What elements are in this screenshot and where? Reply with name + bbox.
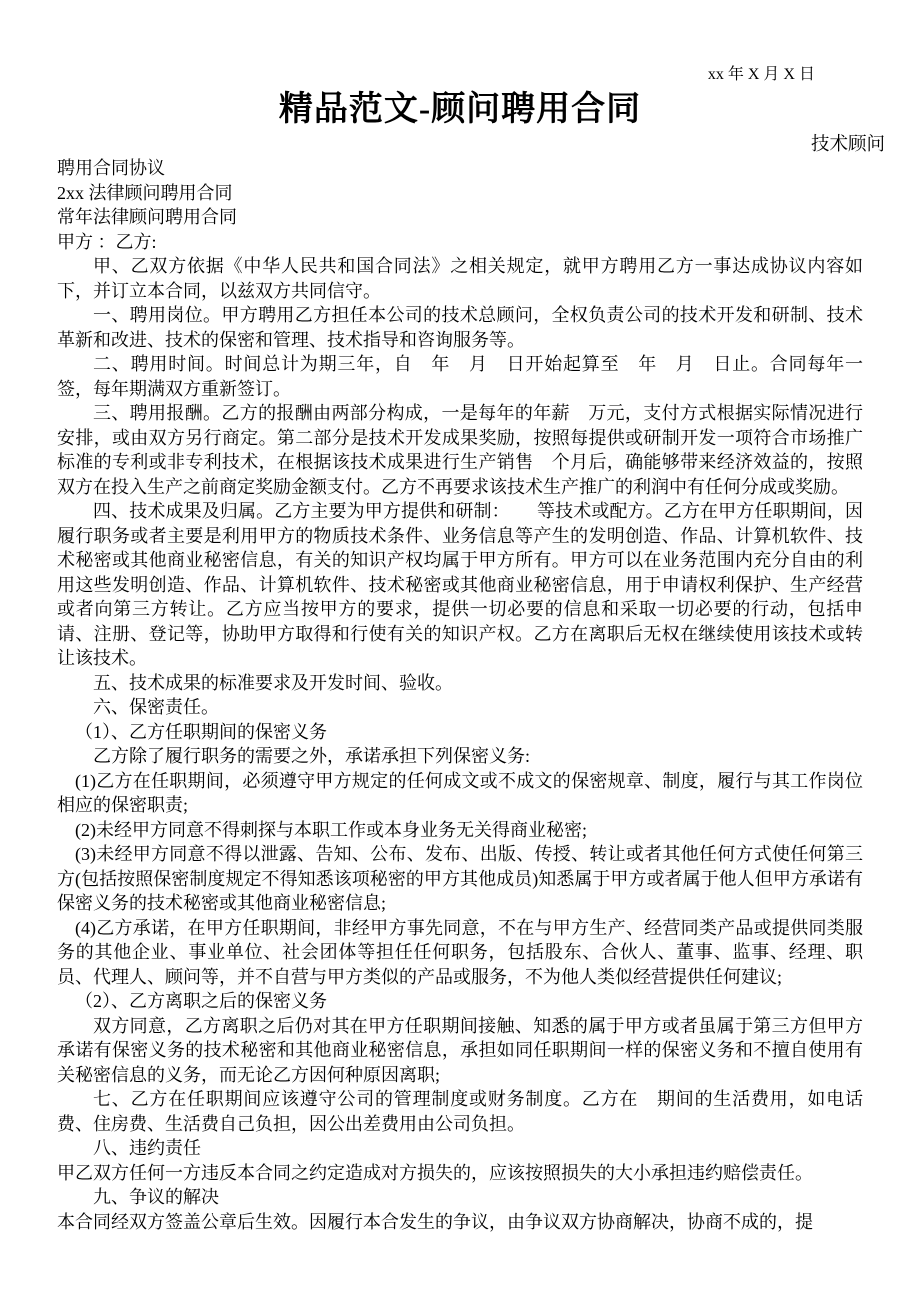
subtitle-right: 技术顾问 [0,134,920,156]
paragraph: 八、违约责任 [57,1136,863,1161]
page-title: 精品范文-顾问聘用合同 [0,88,920,132]
date-line: xx 年 X 月 X 日 [0,66,920,84]
contract-body: 聘用合同协议2xx 法律顾问聘用合同常年法律顾问聘用合同甲方 ：乙方:甲、乙双方… [0,156,920,1234]
paragraph: 三、聘用报酬。乙方的报酬由两部分构成，一是每年的年薪 万元，支付方式根据实际情况… [57,401,863,499]
paragraph: 常年法律顾问聘用合同 [57,205,863,230]
paragraph: (1)乙方在任职期间，必须遵守甲方规定的任何成文或不成文的保密规章、制度，履行与… [57,769,863,818]
paragraph: （2）、乙方离职之后的保密义务 [57,989,863,1014]
paragraph: 九、争议的解决 [57,1185,863,1210]
paragraph: 甲、乙双方依据《中华人民共和国合同法》之相关规定，就甲方聘用乙方一事达成协议内容… [57,254,863,303]
paragraph: 甲乙双方任何一方违反本合同之约定造成对方损失的，应该按照损失的大小承担违约赔偿责… [57,1161,863,1186]
document-page: xx 年 X 月 X 日 精品范文-顾问聘用合同 技术顾问 聘用合同协议2xx … [0,0,920,1302]
paragraph: 聘用合同协议 [57,156,863,181]
paragraph: 一、聘用岗位。甲方聘用乙方担任本公司的技术总顾问，全权负责公司的技术开发和研制、… [57,303,863,352]
paragraph: 五、技术成果的标准要求及开发时间、验收。 [57,671,863,696]
paragraph: 二、聘用时间。时间总计为期三年，自 年 月 日开始起算至 年 月 日止。合同每年… [57,352,863,401]
paragraph: 四、技术成果及归属。乙方主要为甲方提供和研制： 等技术或配方。乙方在甲方任职期间… [57,499,863,671]
paragraph: 双方同意，乙方离职之后仍对其在甲方任职期间接触、知悉的属于甲方或者虽属于第三方但… [57,1014,863,1088]
paragraph: （1）、乙方任职期间的保密义务 [57,720,863,745]
paragraph: 甲方 ：乙方: [57,230,863,255]
paragraph: (2)未经甲方同意不得刺探与本职工作或本身业务无关得商业秘密; [57,818,863,843]
paragraph: 七、乙方在任职期间应该遵守公司的管理制度或财务制度。乙方在 期间的生活费用，如电… [57,1087,863,1136]
paragraph: 六、保密责任。 [57,695,863,720]
paragraph: 乙方除了履行职务的需要之外，承诺承担下列保密义务: [57,744,863,769]
paragraph: (3)未经甲方同意不得以泄露、告知、公布、发布、出版、传授、转让或者其他任何方式… [57,842,863,916]
paragraph: 2xx 法律顾问聘用合同 [57,181,863,206]
paragraph: (4)乙方承诺，在甲方任职期间，非经甲方事先同意，不在与甲方生产、经营同类产品或… [57,916,863,990]
paragraph: 本合同经双方签盖公章后生效。因履行本合发生的争议，由争议双方协商解决，协商不成的… [57,1210,863,1235]
